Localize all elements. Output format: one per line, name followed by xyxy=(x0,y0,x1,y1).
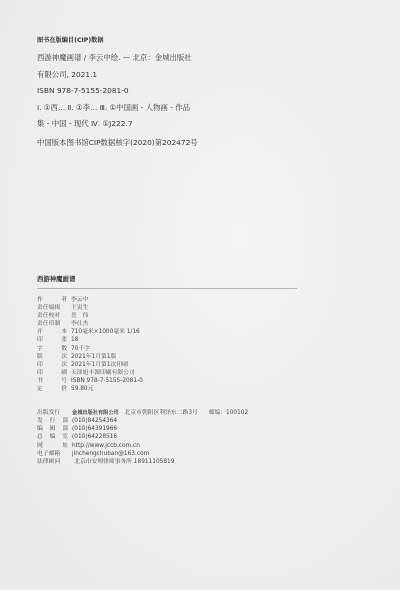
spec-label: 开本 xyxy=(37,328,71,336)
legal-value: 北京市安理律师事务所 18911105819 xyxy=(74,458,299,466)
spec-row: 开本710毫米×1000毫米 1/16 xyxy=(37,328,299,336)
spec-row: 作者李云中 xyxy=(37,296,299,304)
colophon-title: 西游神魔画谱 xyxy=(37,275,297,289)
spec-value: (010)84254364 xyxy=(72,417,299,425)
spec-value: 李云中 xyxy=(71,296,299,304)
spec-label: 电子邮箱 xyxy=(37,450,72,458)
spec-label: 定价 xyxy=(37,385,71,393)
spec-value: 70千字 xyxy=(71,345,299,353)
spec-row: 印张18 xyxy=(37,336,299,344)
spec-value: jinchengchuban@163.com xyxy=(72,450,299,458)
publisher-name: 金城出版社有限公司 xyxy=(72,410,119,416)
cip-classification: Ⅰ. ①西… Ⅱ. ①李… Ⅲ. ①中国画 - 人物画 - 作品 xyxy=(37,103,297,112)
spec-label: 编辑部 xyxy=(37,425,72,433)
spec-value: 710毫米×1000毫米 1/16 xyxy=(71,328,299,336)
spec-row: 电子邮箱jinchengchuban@163.com xyxy=(37,450,299,458)
cip-heading: 图书在版编目(CIP)数据 xyxy=(37,36,297,45)
spec-value: (010)64391966 xyxy=(72,425,299,433)
spec-row: 定价59.80元 xyxy=(37,385,299,393)
legal-label: 法律顾问 xyxy=(37,458,74,466)
spec-label: 责任编辑 xyxy=(37,304,71,312)
spec-label: 字数 xyxy=(37,345,71,353)
spec-row: 责任印制李仕杰 xyxy=(37,320,299,328)
spec-row: 印次2021年1月第1次印刷 xyxy=(37,361,299,369)
spec-value: 天津旭丰源印刷有限公司 xyxy=(71,369,299,377)
spec-row: 总编室(010)64228516 xyxy=(37,433,299,441)
publisher-label: 出版发行 xyxy=(37,409,72,417)
spec-label: 版次 xyxy=(37,353,71,361)
spec-row: 责任编辑王寅生 xyxy=(37,304,299,312)
spec-row: 版次2021年1月第1版 xyxy=(37,353,299,361)
spec-row: 网址http://www.jccb.com.cn xyxy=(37,442,299,450)
spec-value: 2021年1月第1次印刷 xyxy=(71,361,299,369)
publisher-row: 出版发行 金城出版社有限公司 北京市朝阳区利泽东二路3号 邮编：100102 xyxy=(37,409,299,417)
spec-label: 发行部 xyxy=(37,417,72,425)
spec-label: 作者 xyxy=(37,296,71,304)
publisher-address: 北京市朝阳区利泽东二路3号 xyxy=(125,410,198,416)
spec-label: 印张 xyxy=(37,336,71,344)
publisher-zip: 邮编：100102 xyxy=(209,410,249,416)
cip-line: 有限公司, 2021.1 xyxy=(37,70,297,79)
cip-classification: 集 - 中国 - 现代 Ⅳ. ①J222.7 xyxy=(37,119,297,128)
spec-row: 责任校对岳 伟 xyxy=(37,312,299,320)
spec-label: 责任校对 xyxy=(37,312,71,320)
cip-isbn: ISBN 978-7-5155-2081-0 xyxy=(37,86,297,95)
spec-value: (010)64228516 xyxy=(72,433,299,441)
spec-list: 作者李云中责任编辑王寅生责任校对岳 伟责任印制李仕杰开本710毫米×1000毫米… xyxy=(37,296,299,393)
spec-row: 发行部(010)84254364 xyxy=(37,417,299,425)
spec-label: 印次 xyxy=(37,361,71,369)
cip-block: 图书在版编目(CIP)数据 西游神魔画谱 / 李云中绘. — 北京：金城出版社 … xyxy=(37,36,297,155)
spec-label: 总编室 xyxy=(37,433,72,441)
spec-label: 网址 xyxy=(37,442,72,450)
spec-value: 岳 伟 xyxy=(71,312,299,320)
spec-label: 印刷 xyxy=(37,369,71,377)
legal-advisor-row: 法律顾问 北京市安理律师事务所 18911105819 xyxy=(37,458,299,466)
spec-row: 字数70千字 xyxy=(37,345,299,353)
spec-row: 编辑部(010)64391966 xyxy=(37,425,299,433)
spec-value: http://www.jccb.com.cn xyxy=(72,442,299,450)
publisher-contact-list: 发行部(010)84254364编辑部(010)64391966总编室(010)… xyxy=(37,417,299,457)
spec-label: 书号 xyxy=(37,377,71,385)
spec-row: 印刷天津旭丰源印刷有限公司 xyxy=(37,369,299,377)
spec-label: 责任印制 xyxy=(37,320,71,328)
spec-value: 2021年1月第1版 xyxy=(71,353,299,361)
spec-value: 18 xyxy=(71,336,299,344)
spec-value: 59.80元 xyxy=(71,385,299,393)
spec-value: 王寅生 xyxy=(71,304,299,312)
colophon-block: 西游神魔画谱 作者李云中责任编辑王寅生责任校对岳 伟责任印制李仕杰开本710毫米… xyxy=(37,275,299,466)
spec-value: ISBN 978-7-5155-2081-0 xyxy=(71,377,299,385)
spec-row: 书号ISBN 978-7-5155-2081-0 xyxy=(37,377,299,385)
spec-value: 李仕杰 xyxy=(71,320,299,328)
publisher-info: 出版发行 金城出版社有限公司 北京市朝阳区利泽东二路3号 邮编：100102 发… xyxy=(37,409,299,466)
cip-verification: 中国版本图书馆CIP数据核字(2020)第202472号 xyxy=(37,138,297,147)
cip-line: 西游神魔画谱 / 李云中绘. — 北京：金城出版社 xyxy=(37,53,297,62)
copyright-page: 图书在版编目(CIP)数据 西游神魔画谱 / 李云中绘. — 北京：金城出版社 … xyxy=(0,0,400,590)
